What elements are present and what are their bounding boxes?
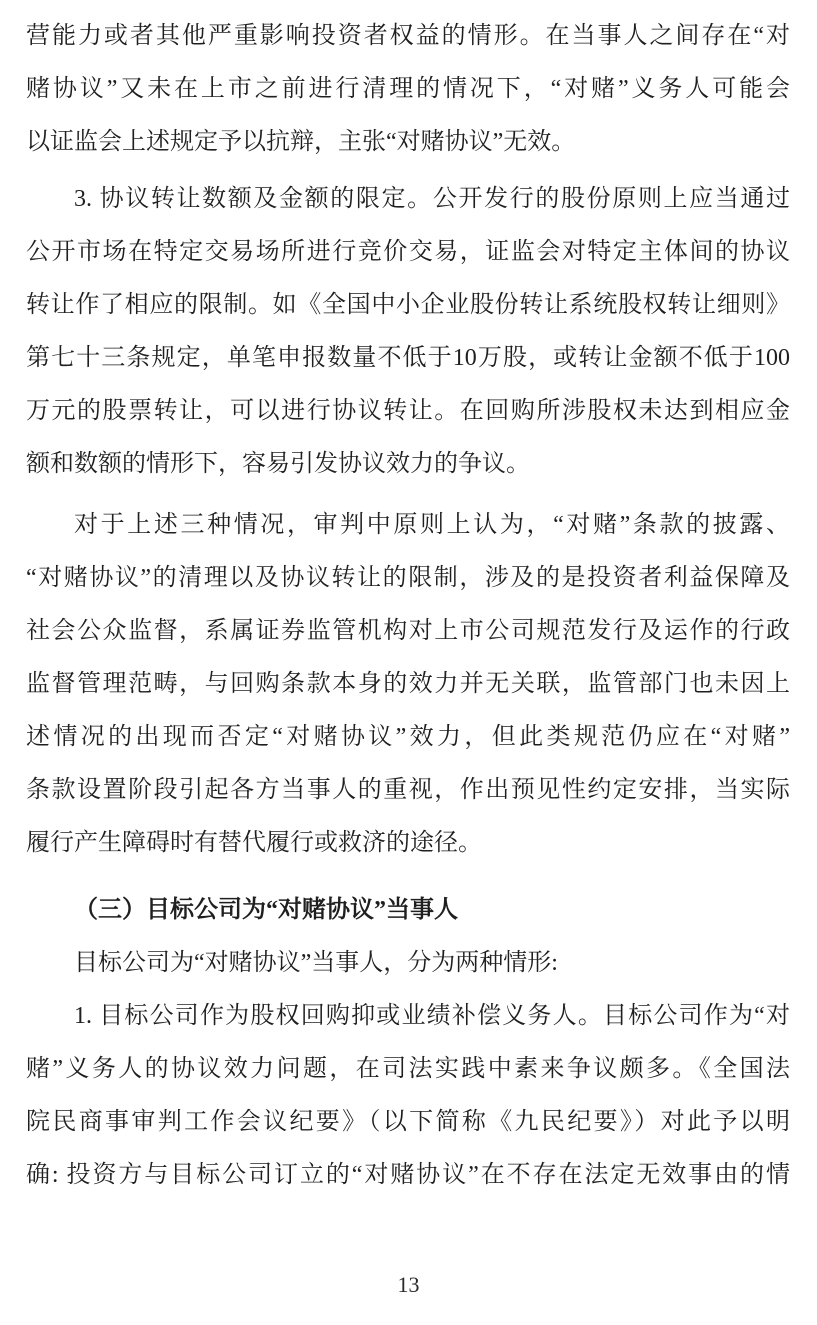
text-line: 履行产生障碍时有替代履行或救济的途径。: [26, 817, 790, 870]
page-footer: 13: [0, 1270, 817, 1300]
document-body: 营能力或者其他严重影响投资者权益的情形。在当事人之间存在“对赌协议”又未在上市之…: [26, 10, 790, 1202]
paragraph: 对于上述三种情况，审判中原则上认为，“对赌”条款的披露、“对赌协议”的清理以及协…: [26, 499, 790, 870]
text-line: 万元的股票转让，可以进行协议转让。在回购所涉股权未达到相应金: [26, 385, 790, 438]
text-line: 对于上述三种情况，审判中原则上认为，“对赌”条款的披露、: [26, 499, 790, 552]
text-line: 条款设置阶段引起各方当事人的重视，作出预见性约定安排，当实际: [26, 764, 790, 817]
text-line: 转让作了相应的限制。如《全国中小企业股份转让系统股权转让细则》: [26, 279, 790, 332]
text-line: 院民商事审判工作会议纪要》（以下简称《九民纪要》）对此予以明: [26, 1096, 790, 1149]
text-line: 以证监会上述规定予以抗辩，主张“对赌协议”无效。: [26, 116, 790, 169]
text-line: 目标公司为“对赌协议”当事人，分为两种情形:: [26, 937, 790, 990]
text-line: 营能力或者其他严重影响投资者权益的情形。在当事人之间存在“对: [26, 10, 790, 63]
text-line: 述情况的出现而否定“对赌协议”效力，但此类规范仍应在“对赌”: [26, 711, 790, 764]
section-heading: （三）目标公司为“对赌协议”当事人: [26, 884, 790, 937]
paragraph: 营能力或者其他严重影响投资者权益的情形。在当事人之间存在“对赌协议”又未在上市之…: [26, 10, 790, 169]
text-line: 确: 投资方与目标公司订立的“对赌协议”在不存在法定无效事由的情: [26, 1149, 790, 1202]
text-line: 赌”义务人的协议效力问题，在司法实践中素来争议颇多。《全国法: [26, 1043, 790, 1096]
text-line: （三）目标公司为“对赌协议”当事人: [26, 884, 790, 937]
page-number: 13: [398, 1272, 420, 1297]
text-line: 额和数额的情形下，容易引发协议效力的争议。: [26, 438, 790, 491]
text-line: 第七十三条规定，单笔申报数量不低于10万股，或转让金额不低于100: [26, 332, 790, 385]
text-line: 社会公众监督，系属证券监管机构对上市公司规范发行及运作的行政: [26, 605, 790, 658]
paragraph: 3. 协议转让数额及金额的限定。公开发行的股份原则上应当通过公开市场在特定交易场…: [26, 173, 790, 491]
text-line: 1. 目标公司作为股权回购抑或业绩补偿义务人。目标公司作为“对: [26, 990, 790, 1043]
text-line: 监督管理范畴，与回购条款本身的效力并无关联，监管部门也未因上: [26, 658, 790, 711]
text-line: 赌协议”又未在上市之前进行清理的情况下，“对赌”义务人可能会: [26, 63, 790, 116]
text-line: 公开市场在特定交易场所进行竞价交易，证监会对特定主体间的协议: [26, 226, 790, 279]
paragraph: 目标公司为“对赌协议”当事人，分为两种情形:: [26, 937, 790, 990]
text-line: “对赌协议”的清理以及协议转让的限制，涉及的是投资者利益保障及: [26, 552, 790, 605]
text-line: 3. 协议转让数额及金额的限定。公开发行的股份原则上应当通过: [26, 173, 790, 226]
paragraph: 1. 目标公司作为股权回购抑或业绩补偿义务人。目标公司作为“对赌”义务人的协议效…: [26, 990, 790, 1202]
document-page: 营能力或者其他严重影响投资者权益的情形。在当事人之间存在“对赌协议”又未在上市之…: [0, 0, 817, 1325]
